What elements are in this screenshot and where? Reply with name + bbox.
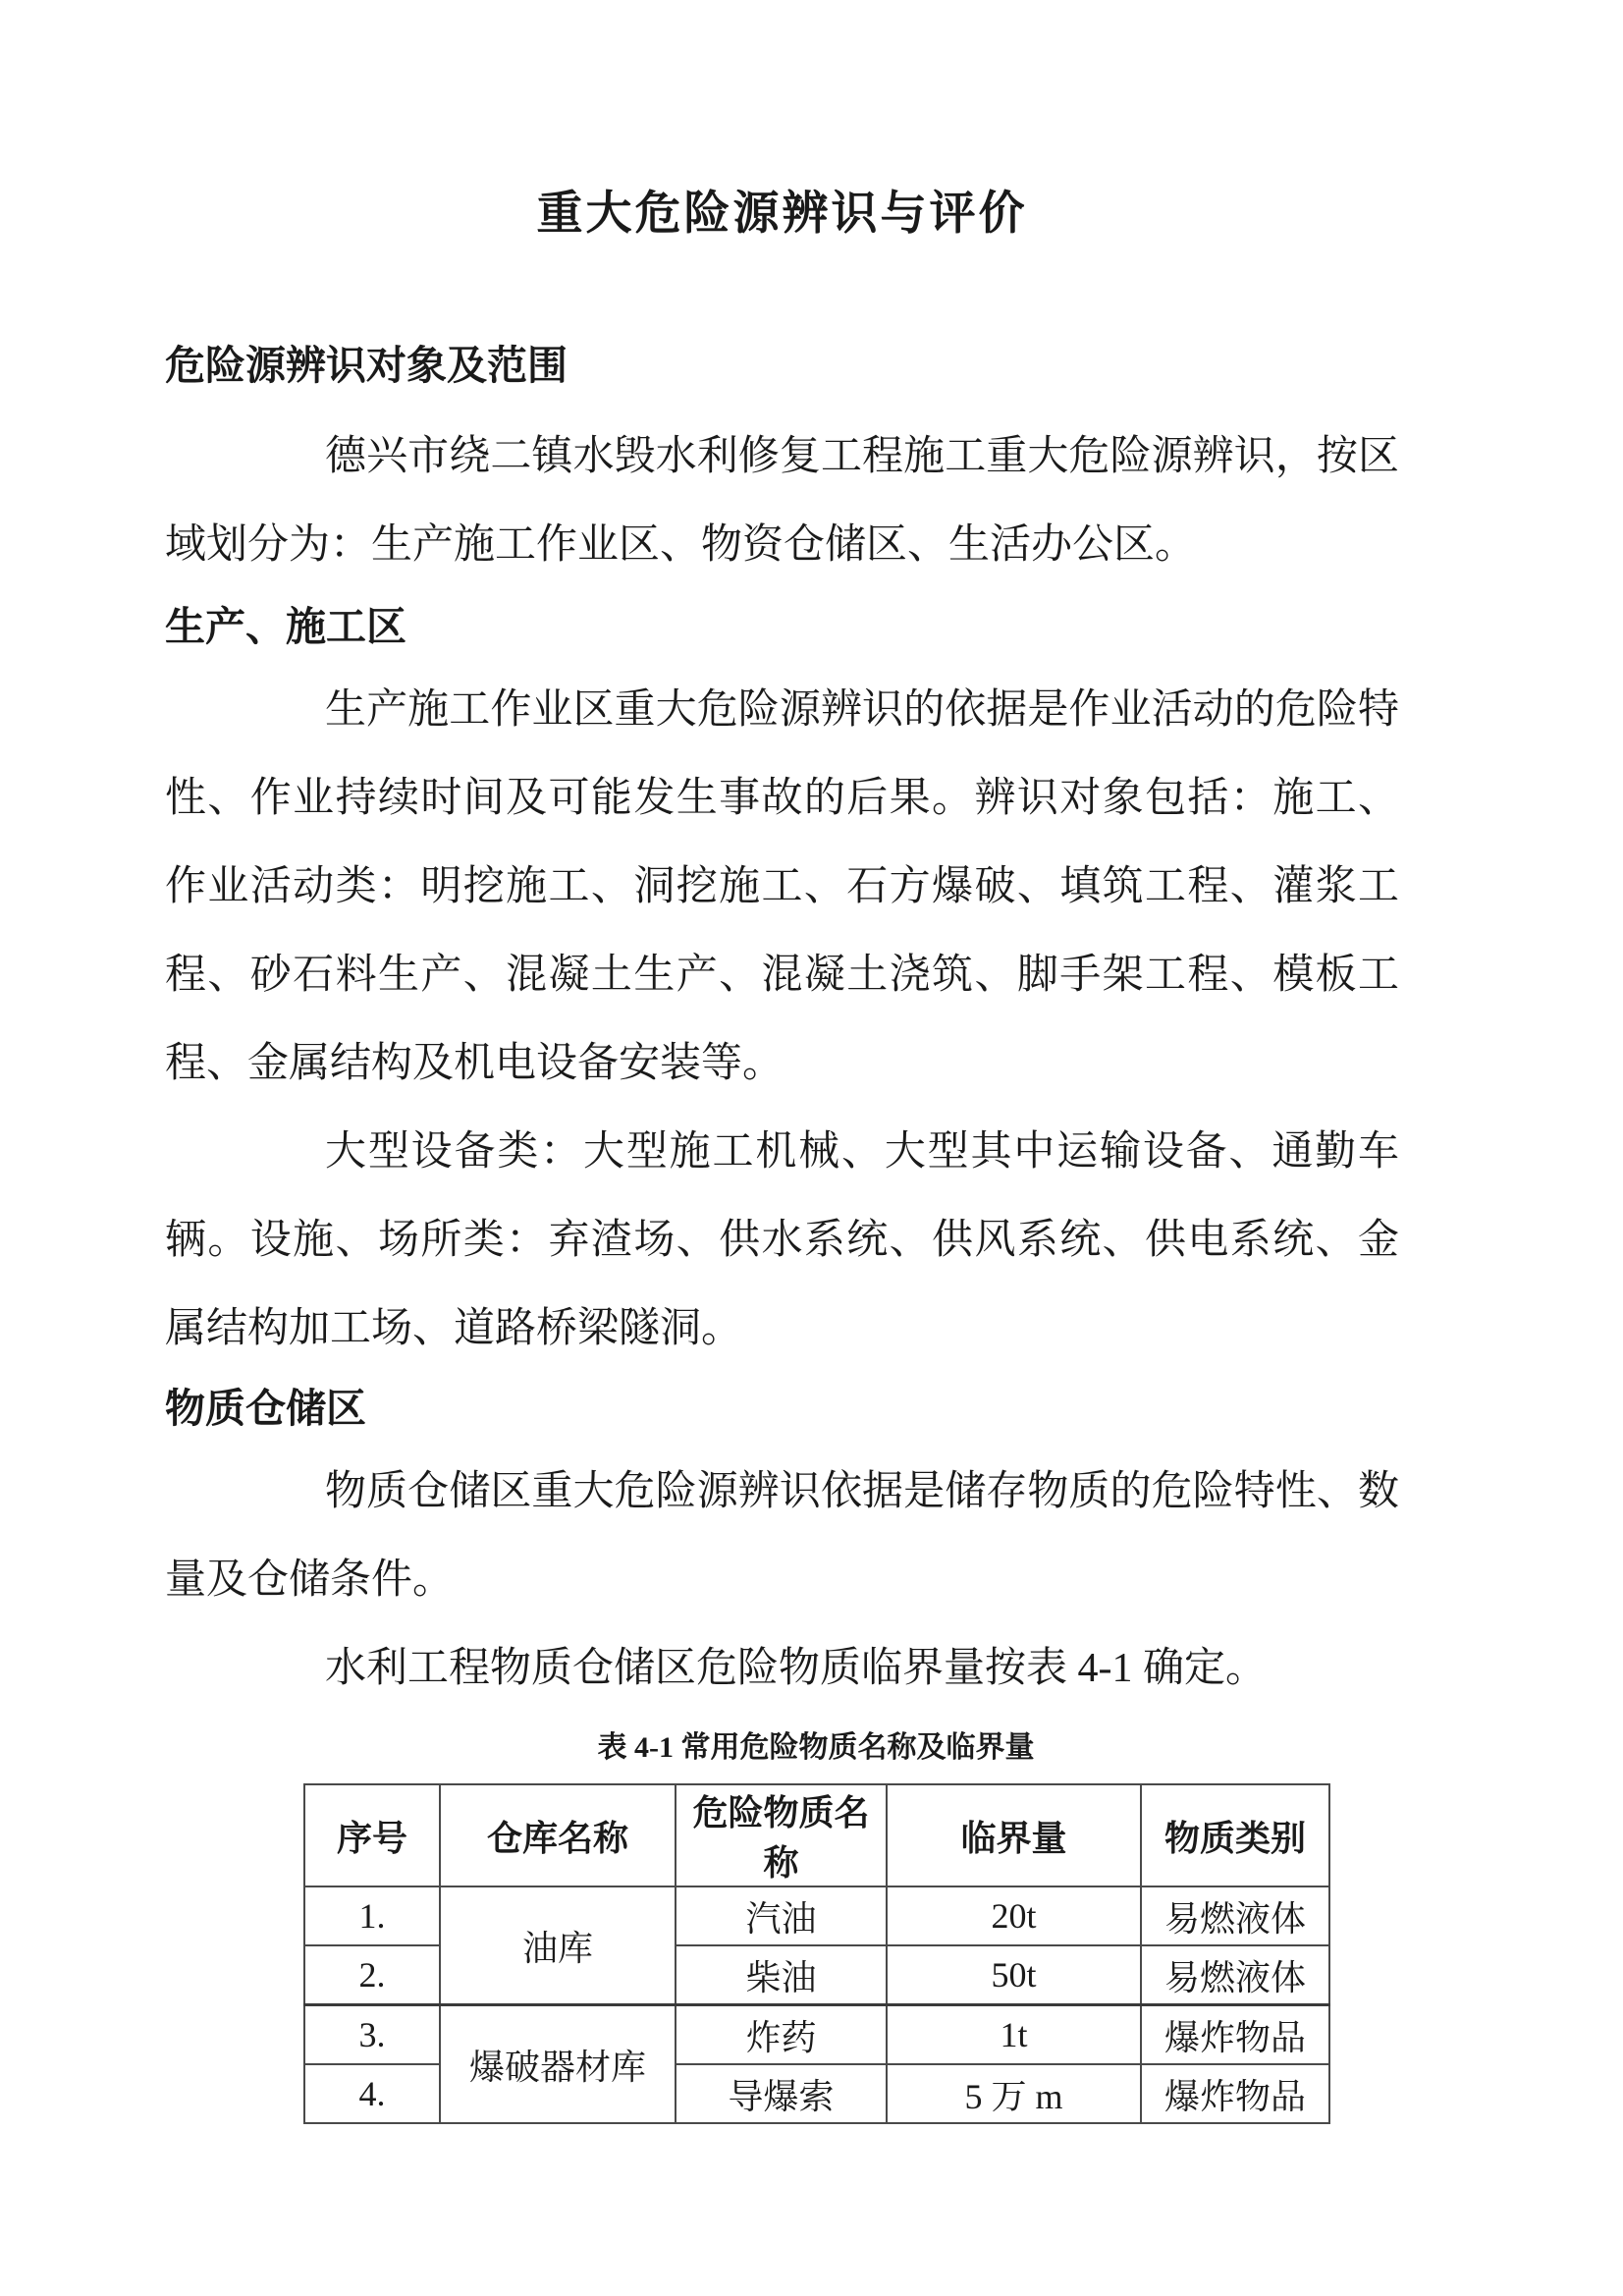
cell-threshold: 5 万 m <box>887 2064 1141 2123</box>
paragraph-scope: 德兴市绕二镇水毁水利修复工程施工重大危险源辨识，按区域划分为：生产施工作业区、物… <box>165 412 1399 589</box>
hazard-table-container: 表 4-1 常用危险物质名称及临界量 序号 仓库名称 危险物质名称 临界量 物 <box>303 1726 1328 2124</box>
cell-threshold: 50t <box>887 1945 1141 2005</box>
cell-warehouse-fuel-depot: 油库 <box>440 1886 676 2005</box>
document-page: 重大危险源辨识与评价 危险源辨识对象及范围 德兴市绕二镇水毁水利修复工程施工重大… <box>0 0 1623 2296</box>
document-title: 重大危险源辨识与评价 <box>165 183 1399 246</box>
hazard-substance-table: 序号 仓库名称 危险物质名称 临界量 物质类别 1. 油库 汽油 20t 易燃液… <box>303 1783 1330 2124</box>
cell-serial: 1. <box>304 1886 440 1945</box>
column-header-category: 物质类别 <box>1141 1784 1329 1886</box>
paragraph-threshold-reference: 水利工程物质仓储区危险物质临界量按表 4-1 确定。 <box>165 1624 1399 1713</box>
cell-threshold: 1t <box>887 2005 1141 2065</box>
paragraph-large-equipment: 大型设备类：大型施工机械、大型其中运输设备、通勤车辆。设施、场所类：弃渣场、供水… <box>165 1108 1399 1373</box>
cell-category: 易燃液体 <box>1141 1945 1329 2005</box>
table-header-row: 序号 仓库名称 危险物质名称 临界量 物质类别 <box>304 1784 1329 1886</box>
cell-serial: 4. <box>304 2064 440 2123</box>
column-header-substance: 危险物质名称 <box>676 1784 887 1886</box>
column-header-threshold: 临界量 <box>887 1784 1141 1886</box>
document-content: 重大危险源辨识与评价 危险源辨识对象及范围 德兴市绕二镇水毁水利修复工程施工重大… <box>165 0 1399 2124</box>
table-row: 3. 爆破器材库 炸药 1t 爆炸物品 <box>304 2005 1329 2065</box>
cell-category: 易燃液体 <box>1141 1886 1329 1945</box>
section-heading-production-construction: 生产、施工区 <box>165 597 1399 656</box>
cell-substance: 汽油 <box>676 1886 887 1945</box>
section-heading-identification-scope: 危险源辨识对象及范围 <box>165 336 1399 395</box>
column-header-warehouse: 仓库名称 <box>440 1784 676 1886</box>
cell-threshold: 20t <box>887 1886 1141 1945</box>
paragraph-storage-basis: 物质仓储区重大危险源辨识依据是储存物质的危险特性、数量及仓储条件。 <box>165 1448 1399 1624</box>
cell-substance: 导爆索 <box>676 2064 887 2123</box>
cell-warehouse-blasting-depot: 爆破器材库 <box>440 2005 676 2124</box>
table-caption: 表 4-1 常用危险物质名称及临界量 <box>303 1726 1328 1770</box>
section-heading-material-storage: 物质仓储区 <box>165 1379 1399 1438</box>
table-row: 1. 油库 汽油 20t 易燃液体 <box>304 1886 1329 1945</box>
cell-serial: 3. <box>304 2005 440 2065</box>
cell-category: 爆炸物品 <box>1141 2005 1329 2065</box>
cell-category: 爆炸物品 <box>1141 2064 1329 2123</box>
cell-substance: 柴油 <box>676 1945 887 2005</box>
cell-substance: 炸药 <box>676 2005 887 2065</box>
cell-serial: 2. <box>304 1945 440 2005</box>
paragraph-construction-activities: 生产施工作业区重大危险源辨识的依据是作业活动的危险特性、作业持续时间及可能发生事… <box>165 666 1399 1108</box>
column-header-serial: 序号 <box>304 1784 440 1886</box>
